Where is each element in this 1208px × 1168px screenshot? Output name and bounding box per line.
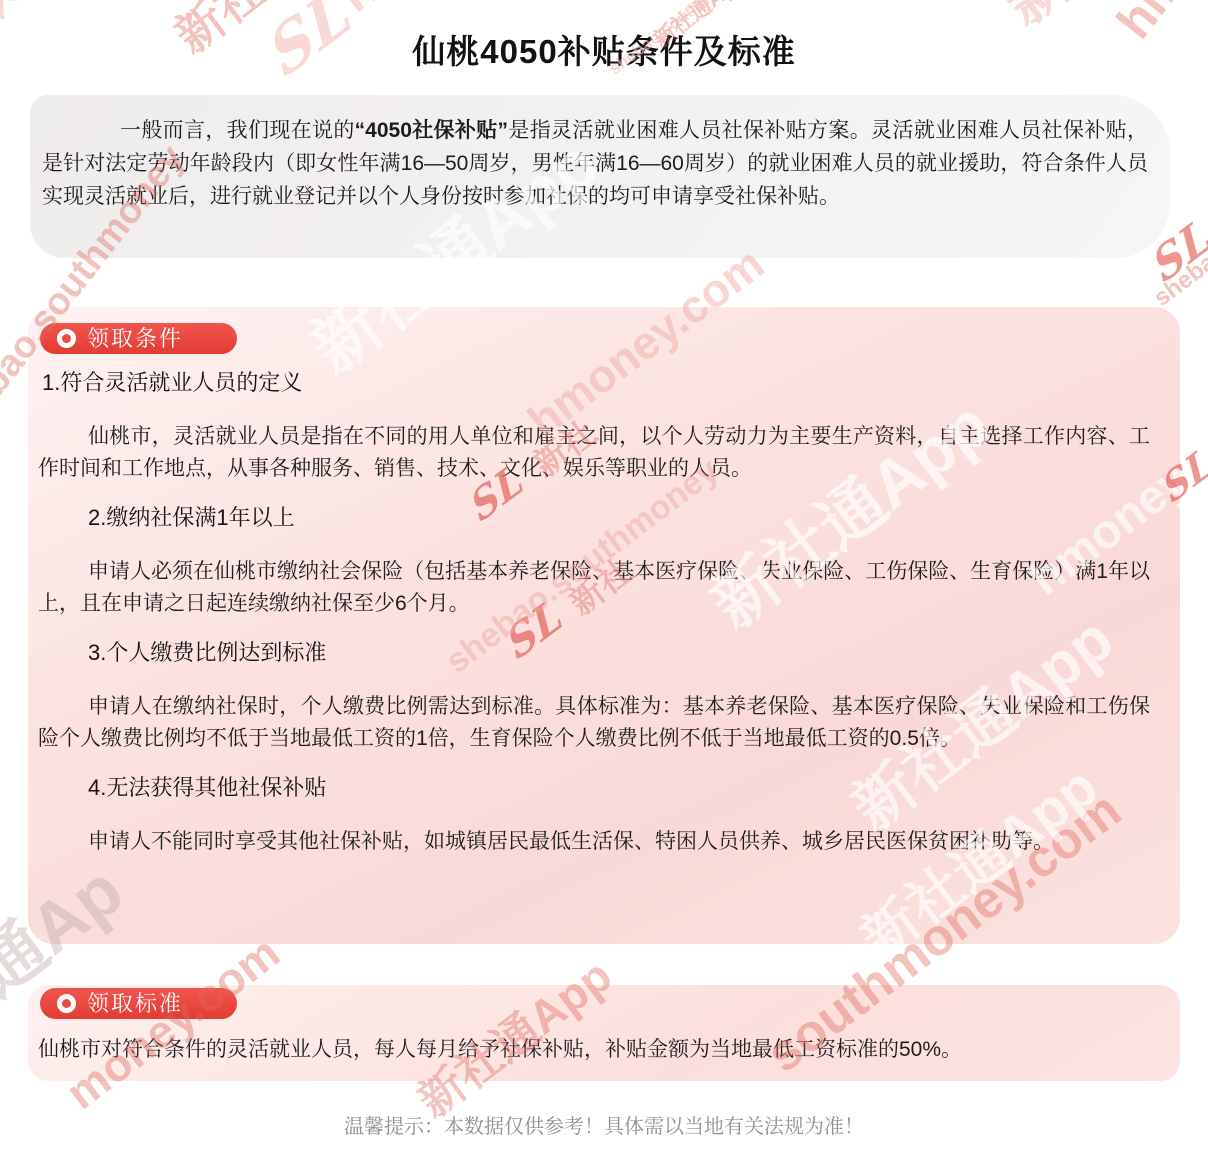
standard-badge-label: 领取标准 <box>87 993 183 1015</box>
standard-body: 仙桃市对符合条件的灵活就业人员，每人每月给予社保补贴，补贴金额为当地最低工资标准… <box>38 1034 1150 1066</box>
ring-icon <box>57 329 76 348</box>
quote-icon: “ <box>20 56 69 142</box>
watermark-text: hmoney <box>330 0 521 22</box>
watermark-text: 通Ap <box>0 0 162 29</box>
footer-note: 温馨提示：本数据仅供参考！具体需以当地有关法规为准！ <box>0 1110 1208 1139</box>
standard-badge: 领取标准 <box>40 988 237 1019</box>
intro-paragraph: 一般而言，我们现在说的“4050社保补贴”是指灵活就业困难人员社保补贴方案。灵活… <box>42 114 1148 213</box>
condition-2-heading: 2.缴纳社保满1年以上 <box>88 503 1150 533</box>
condition-1-heading: 1.符合灵活就业人员的定义 <box>42 368 1150 398</box>
intro-panel: 一般而言，我们现在说的“4050社保补贴”是指灵活就业困难人员社保补贴方案。灵活… <box>30 95 1170 258</box>
condition-2-body: 申请人必须在仙桃市缴纳社会保险（包括基本养老保险、基本医疗保险、失业保险、工伤保… <box>38 556 1150 619</box>
intro-text-bold: “4050社保补贴” <box>355 119 508 142</box>
conditions-badge-label: 领取条件 <box>87 328 183 350</box>
condition-4-body: 申请人不能同时享受其他社保补贴，如城镇居民最低生活保、特困人员供养、城乡居民医保… <box>38 826 1150 858</box>
condition-3-body: 申请人在缴纳社保时，个人缴费比例需达到标准。具体标准为：基本养老保险、基本医疗保… <box>38 691 1150 754</box>
article-page: 仙桃4050补贴条件及标准 “ 一般而言，我们现在说的“4050社保补贴”是指灵… <box>0 0 1208 1168</box>
condition-4-heading: 4.无法获得其他社保补贴 <box>88 773 1150 803</box>
watermark-text: shebao.s <box>1150 229 1208 311</box>
condition-1-body: 仙桃市，灵活就业人员是指在不同的用人单位和雇主之间，以个人劳动力为主要生产资料，… <box>38 421 1150 484</box>
page-title: 仙桃4050补贴条件及标准 <box>0 26 1208 73</box>
intro-text-pre: 一般而言，我们现在说的 <box>120 119 355 142</box>
condition-3-heading: 3.个人缴费比例达到标准 <box>88 638 1150 668</box>
conditions-panel: 领取条件 1.符合灵活就业人员的定义 仙桃市，灵活就业人员是指在不同的用人单位和… <box>28 307 1180 944</box>
ring-icon <box>57 994 76 1013</box>
conditions-badge: 领取条件 <box>40 323 237 354</box>
standard-panel: 领取标准 仙桃市对符合条件的灵活就业人员，每人每月给予社保补贴，补贴金额为当地最… <box>28 985 1180 1081</box>
